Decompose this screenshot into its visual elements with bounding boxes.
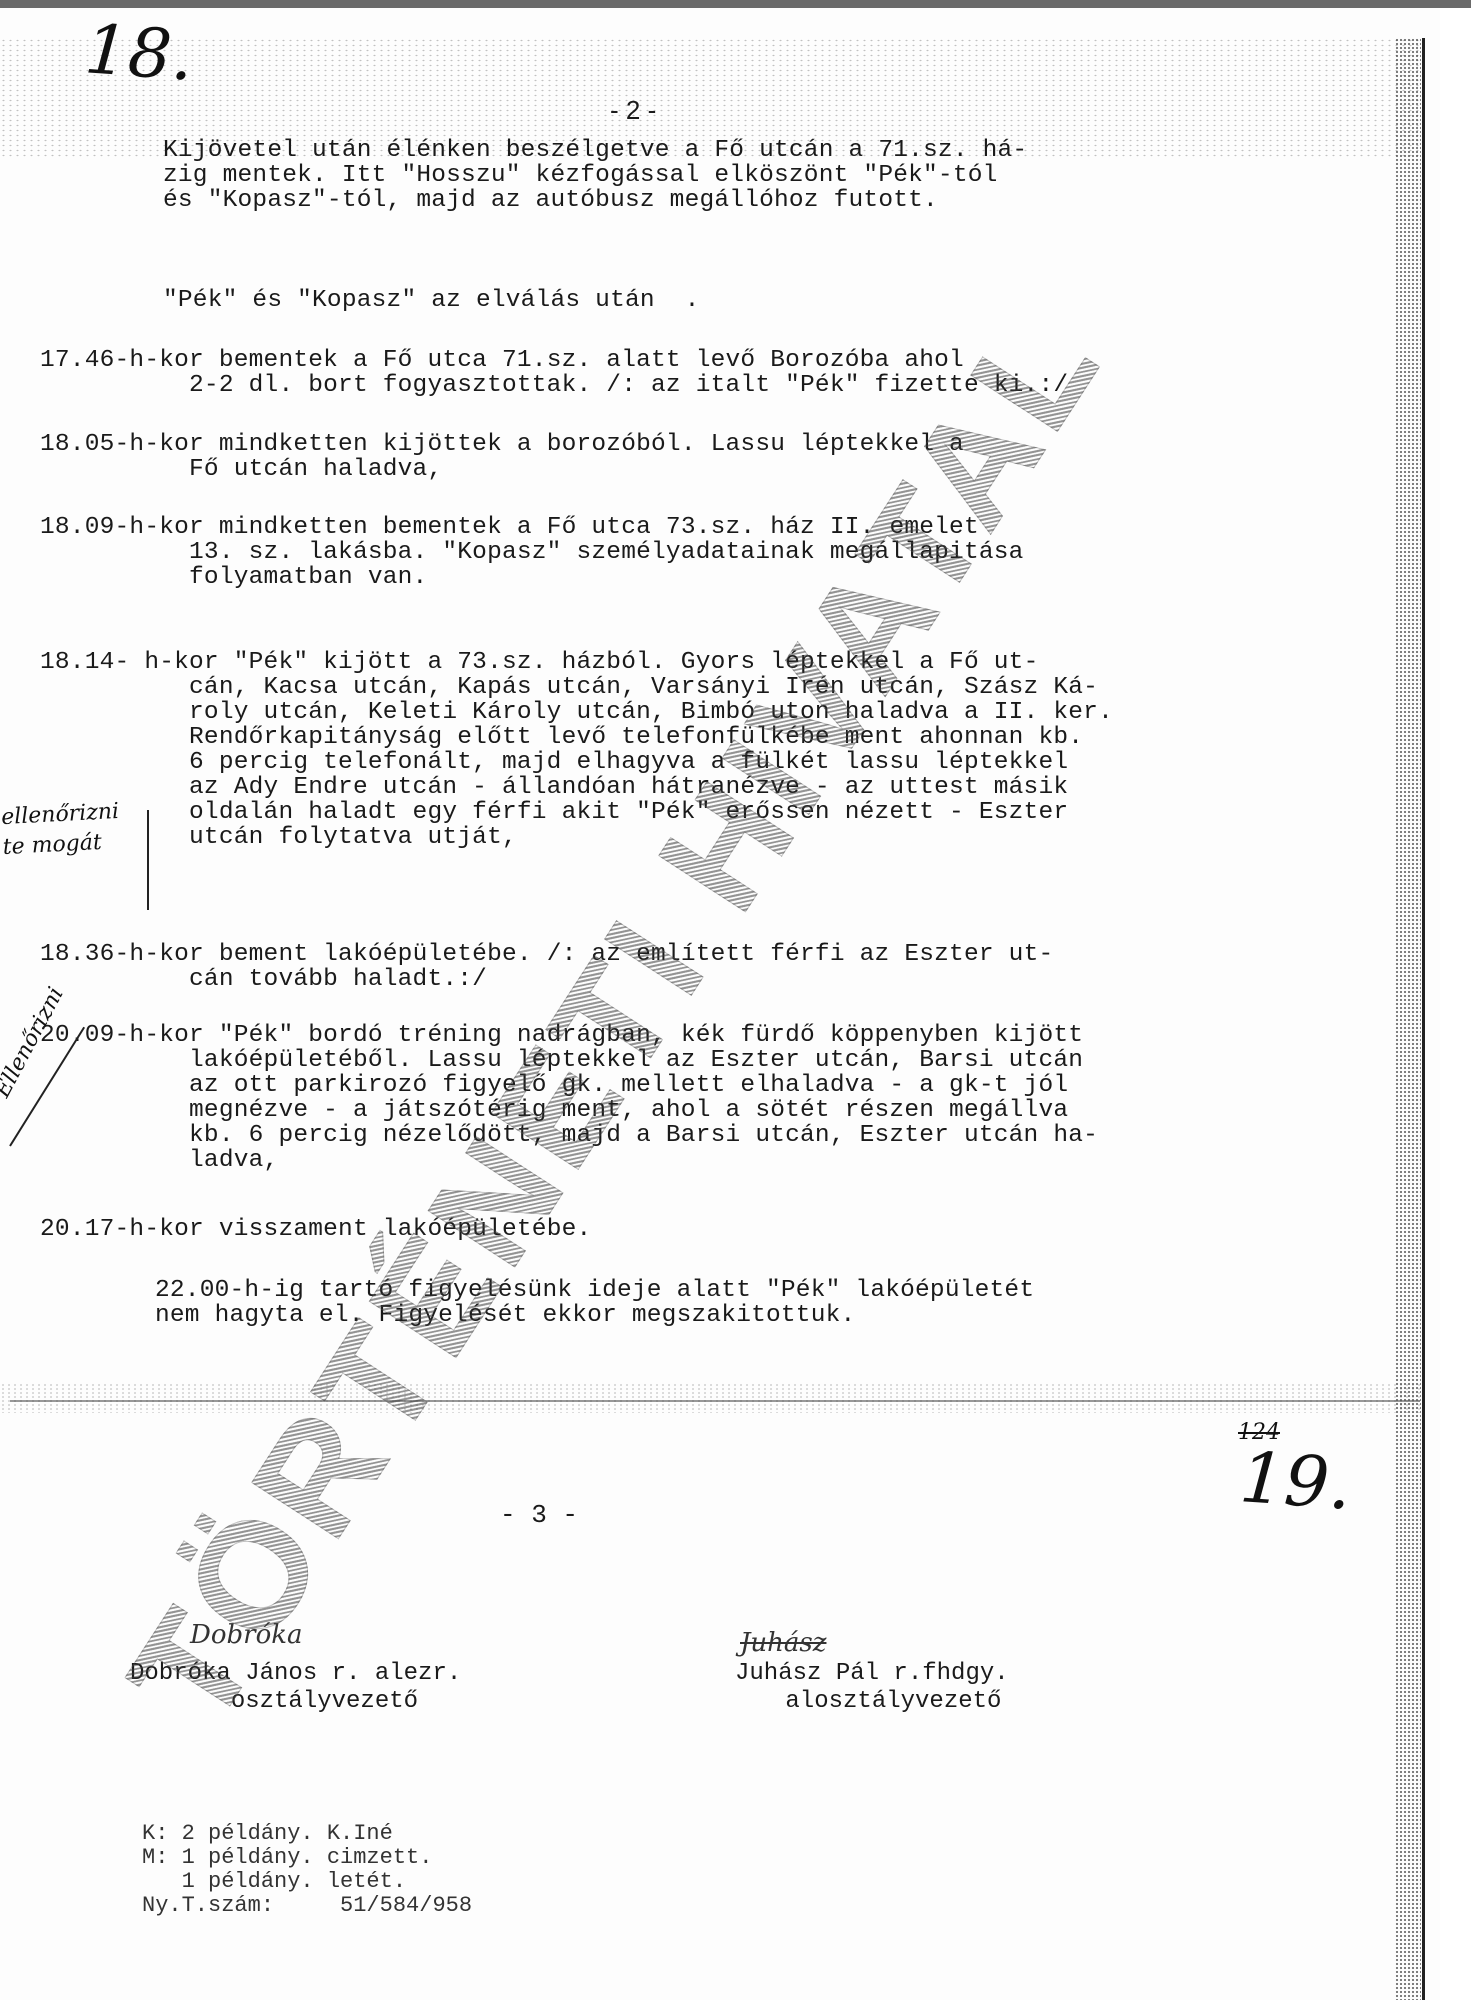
- toner-noise-separator: [0, 1383, 1420, 1413]
- split-heading: "Pék" és "Kopasz" az elválás után .: [163, 288, 700, 313]
- log-entry: 18.05-h-kor mindketten kijöttek a borozó…: [40, 432, 964, 482]
- signature-scrawl: Juhász: [740, 1628, 826, 1658]
- folio-number-bottom: 19.: [1237, 1436, 1354, 1526]
- scan-top-edge: [0, 0, 1471, 8]
- log-entry: 20.09-h-kor "Pék" bordó tréning nadrágba…: [40, 1023, 1098, 1173]
- distribution-list: K: 2 példány. K.Iné M: 1 példány. cimzet…: [142, 1822, 472, 1918]
- entry-time: 18.14-: [40, 649, 129, 676]
- entry-text: visszament lakóépületébe.: [204, 1216, 591, 1243]
- margin-bracket-mark: [147, 810, 149, 910]
- signatory-title: alosztályvezető: [785, 1688, 1001, 1715]
- log-entry: 18.09-h-kor mindketten bementek a Fő utc…: [40, 515, 1024, 590]
- entry-time: 20.09-h-kor: [40, 1022, 204, 1049]
- page-number-3: - 3 -: [500, 1500, 578, 1530]
- handwritten-margin-note: ellenőrizni te mogát: [1, 797, 122, 863]
- page-number-2: - 2 -: [610, 95, 656, 126]
- signature-block: Dobróka János r. alezr. osztályvezető: [130, 1660, 461, 1716]
- entry-time: 20.17-h-kor: [40, 1216, 204, 1243]
- entry-time: 17.46-h-kor: [40, 347, 204, 374]
- log-entry: 18.36-h-kor bement lakóépületébe. /: az …: [40, 942, 1053, 992]
- entry-text: h-kor "Pék" kijött a 73.sz. házból. Gyor…: [40, 649, 1113, 851]
- page-separator-line: [10, 1400, 1420, 1402]
- toner-noise-right-edge: [1395, 38, 1421, 2000]
- page-right-border: [1422, 38, 1425, 2000]
- signature-scrawl: Dobróka: [190, 1620, 302, 1650]
- folio-number-top: 18.: [82, 10, 195, 96]
- log-entry: 18.14- h-kor "Pék" kijött a 73.sz. házbó…: [40, 650, 1113, 850]
- signatory-name: Dobróka János r. alezr.: [130, 1660, 461, 1687]
- closing-paragraph: 22.00-h-ig tartó figyelésünk ideje alatt…: [155, 1278, 1034, 1328]
- log-entry: 20.17-h-kor visszament lakóépületébe.: [40, 1217, 591, 1242]
- signatory-name: Juhász Pál r.fhdgy.: [735, 1660, 1009, 1687]
- signature-block: Juhász Pál r.fhdgy. alosztályvezető: [735, 1660, 1009, 1716]
- entry-time: 18.05-h-kor: [40, 431, 204, 458]
- signatory-title: osztályvezető: [231, 1688, 418, 1715]
- log-entry: 17.46-h-kor bementek a Fő utca 71.sz. al…: [40, 348, 1068, 398]
- entry-time: 18.09-h-kor: [40, 514, 204, 541]
- entry-time: 18.36-h-kor: [40, 941, 204, 968]
- intro-paragraph: Kijövetel után élénken beszélgetve a Fő …: [163, 138, 1027, 213]
